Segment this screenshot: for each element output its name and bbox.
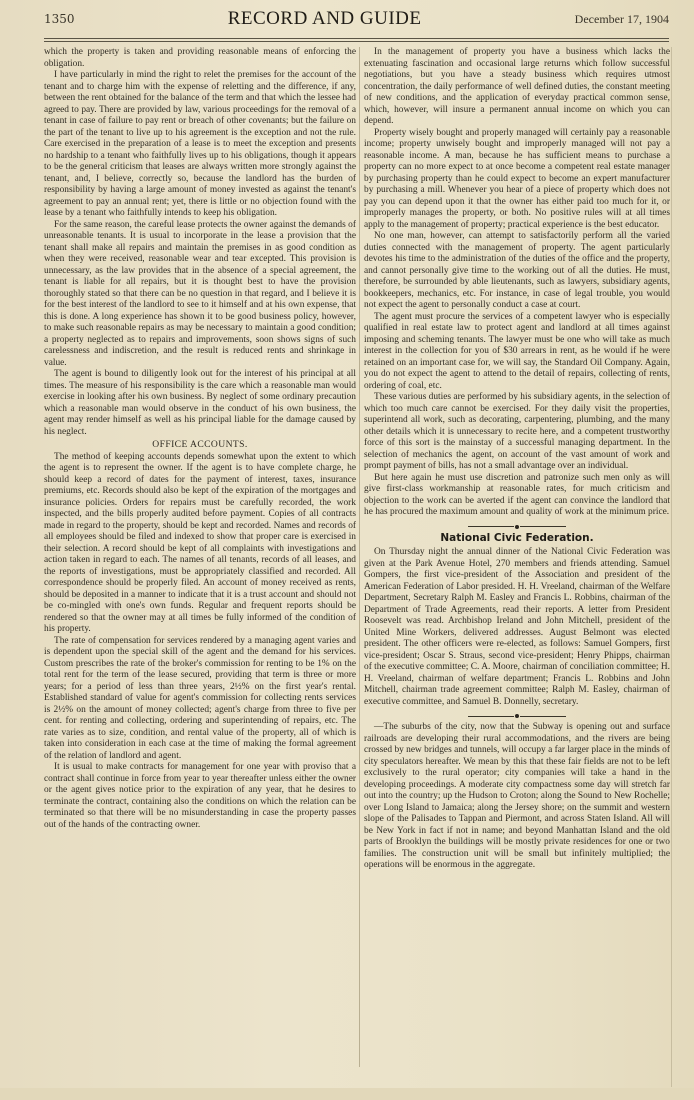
paragraph: —The suburbs of the city, now that the S… bbox=[364, 722, 670, 872]
page-edge-rule bbox=[671, 47, 672, 1087]
page-bottom-margin bbox=[0, 1088, 694, 1100]
right-column: In the management of property you have a… bbox=[364, 47, 670, 872]
paragraph: No one man, however, can attempt to sati… bbox=[364, 231, 670, 312]
paragraph: The method of keeping accounts depends s… bbox=[44, 452, 356, 636]
paragraph: But here again he must use discretion an… bbox=[364, 473, 670, 519]
paragraph: The agent must procure the services of a… bbox=[364, 312, 670, 393]
section-separator-ornament bbox=[364, 714, 670, 718]
paragraph: The rate of compensation for services re… bbox=[44, 636, 356, 763]
article-title: National Civic Federation. bbox=[364, 533, 670, 545]
paragraph: On Thursday night the annual dinner of t… bbox=[364, 547, 670, 708]
paragraph: For the same reason, the careful lease p… bbox=[44, 220, 356, 370]
publication-title: RECORD AND GUIDE bbox=[228, 8, 422, 30]
paragraph: which the property is taken and providin… bbox=[44, 47, 356, 70]
section-subheading: OFFICE ACCOUNTS. bbox=[44, 439, 356, 451]
page-header: 1350 RECORD AND GUIDE December 17, 1904 bbox=[44, 4, 669, 34]
paragraph: In the management of property you have a… bbox=[364, 47, 670, 128]
paragraph: These various duties are performed by hi… bbox=[364, 392, 670, 473]
issue-date: December 17, 1904 bbox=[575, 12, 669, 27]
column-divider bbox=[359, 47, 360, 1067]
header-rule-bottom bbox=[44, 41, 669, 42]
paragraph: I have particularly in mind the right to… bbox=[44, 70, 356, 220]
page-number: 1350 bbox=[44, 12, 75, 26]
paragraph: The agent is bound to diligently look ou… bbox=[44, 369, 356, 438]
newspaper-page: 1350 RECORD AND GUIDE December 17, 1904 … bbox=[0, 0, 694, 1100]
paragraph: It is usual to make contracts for manage… bbox=[44, 762, 356, 831]
section-separator-ornament bbox=[364, 525, 670, 529]
left-column: which the property is taken and providin… bbox=[44, 47, 356, 831]
paragraph: Property wisely bought and properly mana… bbox=[364, 128, 670, 232]
header-rule-top bbox=[44, 38, 669, 39]
